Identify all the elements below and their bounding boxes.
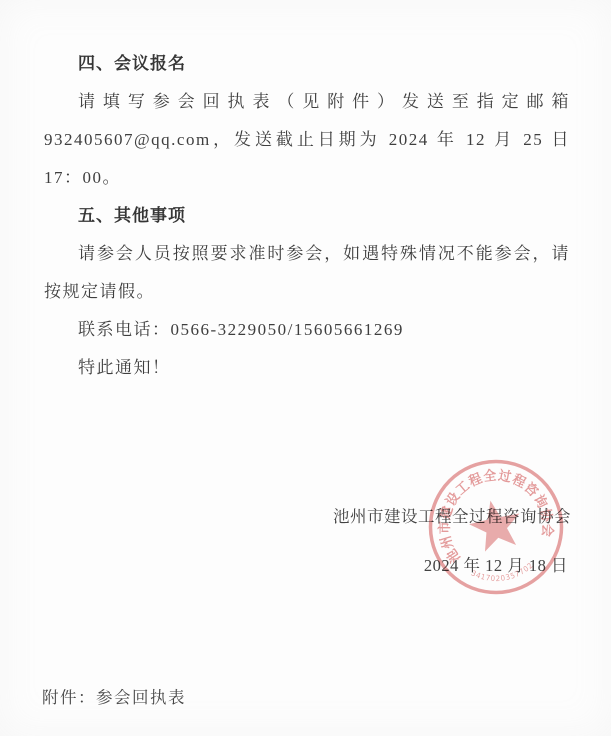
signature-block: 池州市建设工程全过程咨询协会 2024 年 12 月 18 日 [333, 505, 571, 578]
section-heading-other-matters: 五、其他事项 [44, 197, 570, 235]
paragraph-attendance: 请参会人员按照要求准时参会，如遇特殊情况不能参会，请按规定请假。 [44, 235, 570, 311]
notice-body: 四、会议报名 请填写参会回执表（见附件）发送至指定邮箱 932405607@qq… [44, 45, 570, 387]
signature-date: 2024 年 12 月 18 日 [333, 554, 571, 578]
attachment-line: 附件：参会回执表 [42, 686, 186, 710]
paragraph-hereby-notice: 特此通知！ [44, 349, 570, 387]
paragraph-contact-phone: 联系电话：0566-3229050/15605661269 [44, 311, 570, 349]
section-heading-registration: 四、会议报名 [44, 45, 570, 83]
document-page: 四、会议报名 请填写参会回执表（见附件）发送至指定邮箱 932405607@qq… [0, 0, 611, 736]
paragraph-registration: 请填写参会回执表（见附件）发送至指定邮箱 932405607@qq.com，发送… [44, 83, 570, 197]
signature-organization: 池州市建设工程全过程咨询协会 [333, 505, 571, 529]
